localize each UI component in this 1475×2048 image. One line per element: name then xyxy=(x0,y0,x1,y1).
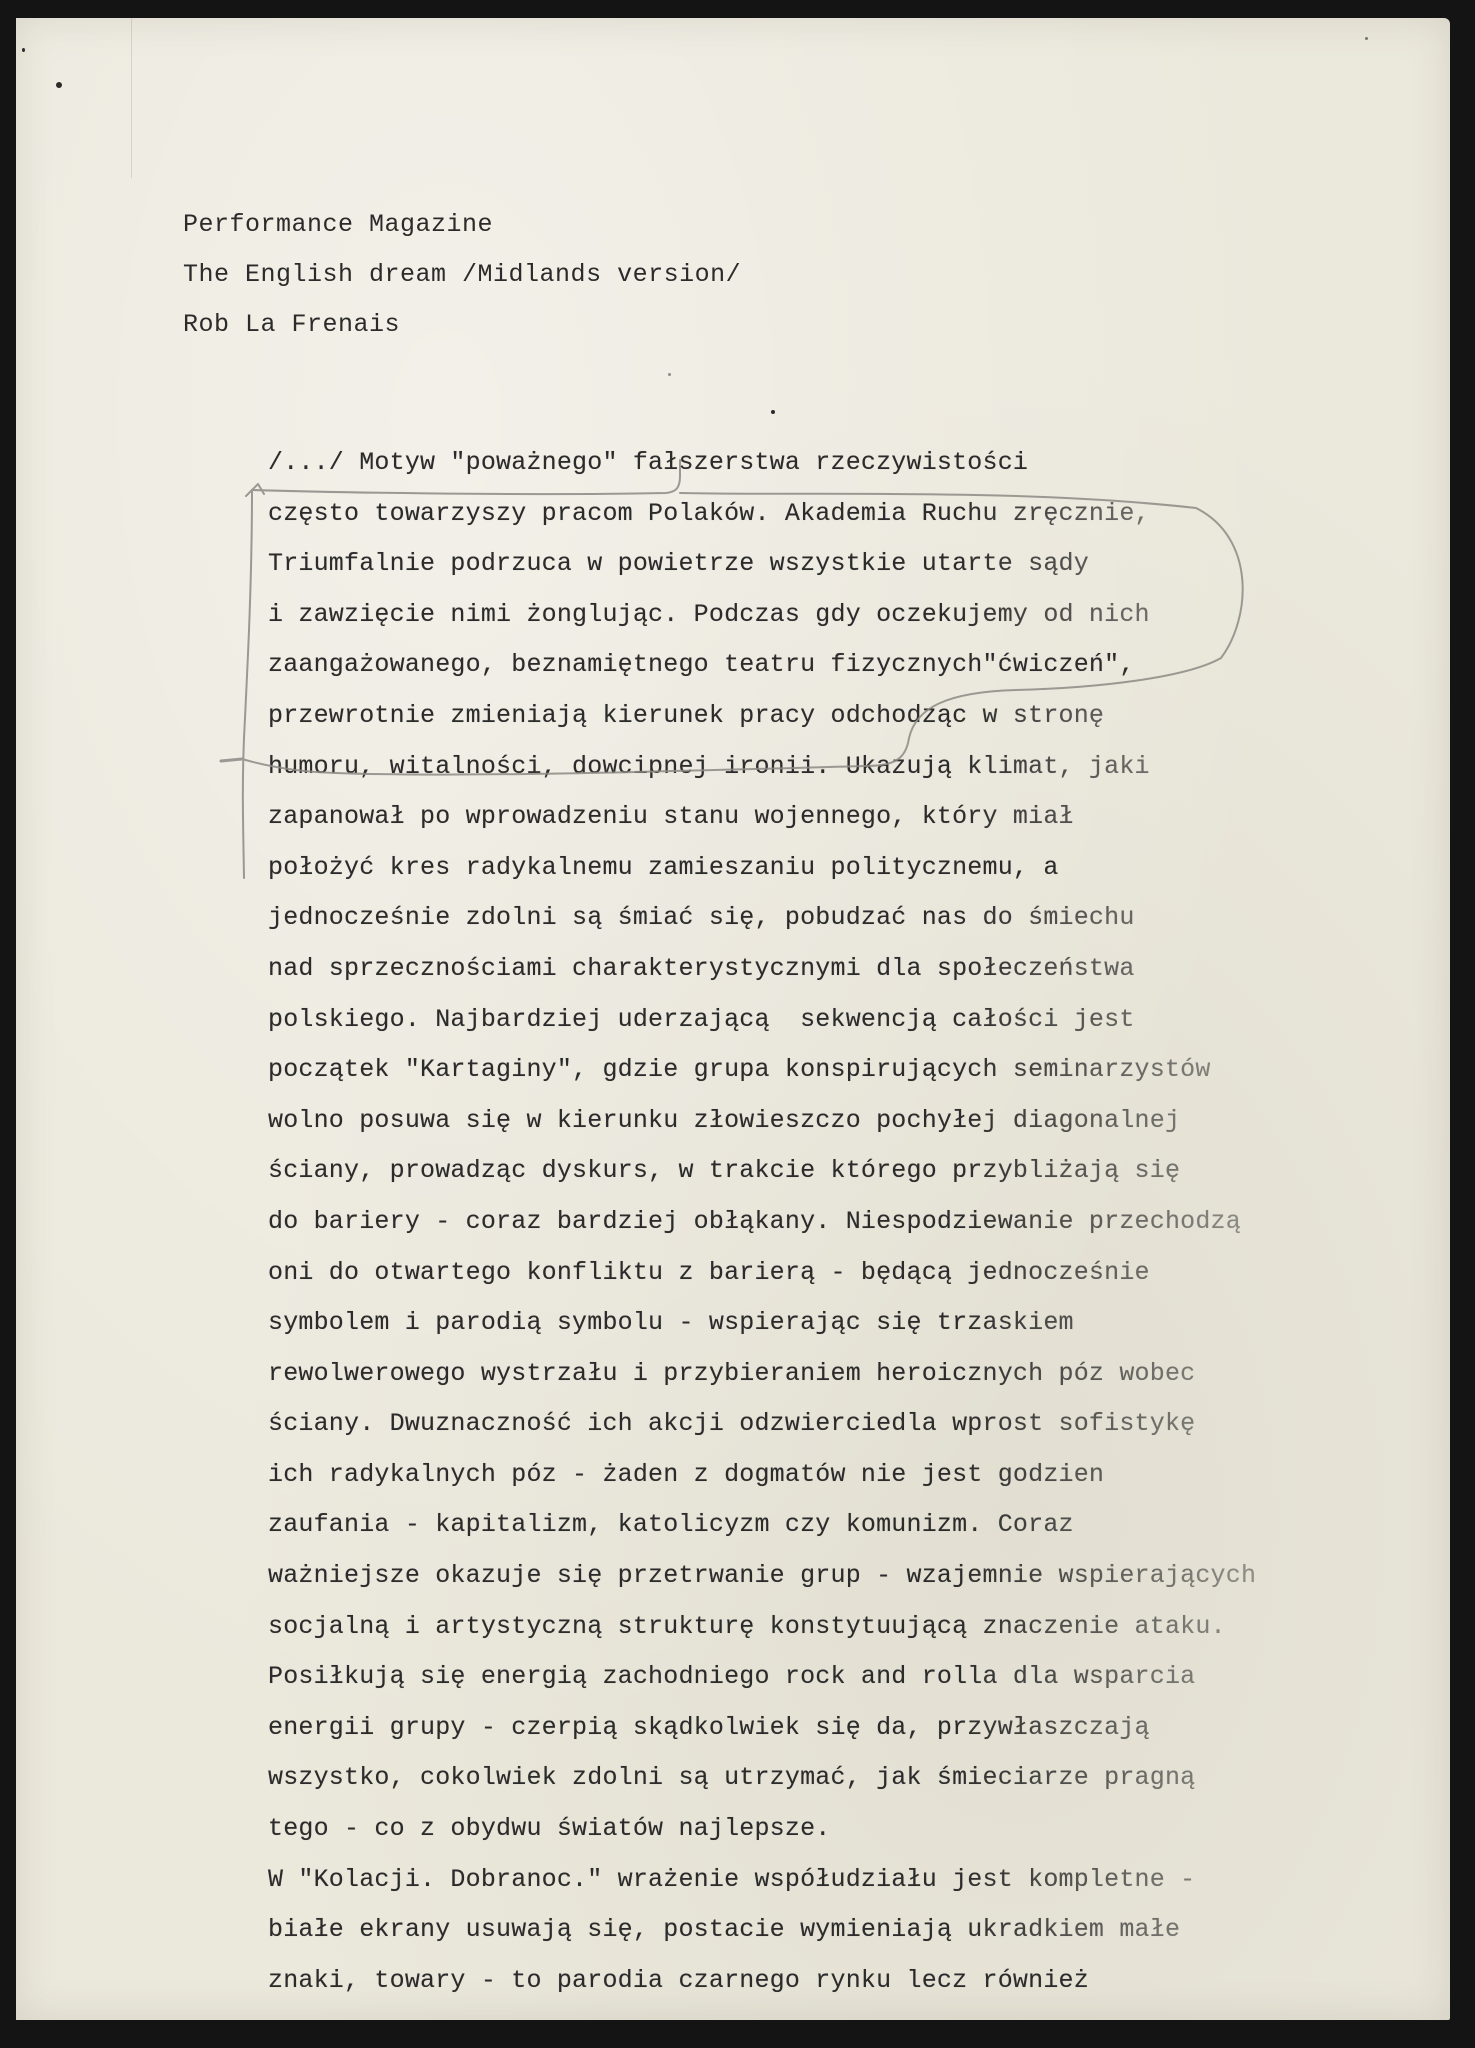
typewritten-page: Performance Magazine The English dream /… xyxy=(16,18,1450,2020)
body-line: wszystko, cokolwiek zdolni są utrzymać, … xyxy=(268,1753,1256,1804)
body-line: przewrotnie zmieniają kierunek pracy odc… xyxy=(268,691,1256,742)
paper-crease xyxy=(131,18,132,178)
body-line: /.../ Motyw "poważnego" fałszerstwa rzec… xyxy=(268,438,1256,489)
body-line: zaangażowanego, beznamiętnego teatru fiz… xyxy=(268,640,1256,691)
body-line: oni do otwartego konfliktu z barierą - b… xyxy=(268,1248,1256,1299)
body-line: nad sprzecznościami charakterystycznymi … xyxy=(268,944,1256,995)
body-line: ściany, prowadząc dyskurs, w trakcie któ… xyxy=(268,1146,1256,1197)
body-line: rewolwerowego wystrzału i przybieraniem … xyxy=(268,1349,1256,1400)
body-line: białe ekrany usuwają się, postacie wymie… xyxy=(268,1905,1256,1956)
ink-speck xyxy=(56,82,62,88)
body-line: zapanował po wprowadzeniu stanu wojenneg… xyxy=(268,792,1256,843)
body-line: socjalną i artystyczną strukturę konstyt… xyxy=(268,1602,1256,1653)
body-line: Posiłkują się energią zachodniego rock a… xyxy=(268,1652,1256,1703)
ink-speck xyxy=(1365,37,1368,40)
article-title: The English dream /Midlands version/ xyxy=(183,260,741,289)
body-line: do bariery - coraz bardziej obłąkany. Ni… xyxy=(268,1197,1256,1248)
body-line: i zawzięcie nimi żonglując. Podczas gdy … xyxy=(268,590,1256,641)
body-line: humoru, witalności, dowcipnej ironii. Uk… xyxy=(268,742,1256,793)
margin-bracket-top-tick xyxy=(246,484,264,496)
body-line: polskiego. Najbardziej uderzającą sekwen… xyxy=(268,995,1256,1046)
body-line: znaki, towary - to parodia czarnego rynk… xyxy=(268,1956,1256,2007)
article-body: /.../ Motyw "poważnego" fałszerstwa rzec… xyxy=(268,438,1256,2006)
body-line: położyć kres radykalnemu zamieszaniu pol… xyxy=(268,843,1256,894)
ink-speck xyxy=(22,48,25,52)
body-line: ich radykalnych póz - żaden z dogmatów n… xyxy=(268,1450,1256,1501)
ink-speck xyxy=(668,373,671,376)
author-name: Rob La Frenais xyxy=(183,310,400,339)
body-line: wolno posuwa się w kierunku złowieszczo … xyxy=(268,1096,1256,1147)
body-line: jednocześnie zdolni są śmiać się, pobudz… xyxy=(268,893,1256,944)
ink-speck xyxy=(771,410,775,414)
body-line: zaufania - kapitalizm, katolicyzm czy ko… xyxy=(268,1500,1256,1551)
margin-bracket-arrow xyxy=(221,759,242,761)
publication-title: Performance Magazine xyxy=(183,210,493,239)
margin-bracket-line xyxy=(243,490,252,878)
body-line: często towarzyszy pracom Polaków. Akadem… xyxy=(268,489,1256,540)
body-line: Triumfalnie podrzuca w powietrze wszystk… xyxy=(268,539,1256,590)
body-line: ważniejsze okazuje się przetrwanie grup … xyxy=(268,1551,1256,1602)
body-line: W "Kolacji. Dobranoc." wrażenie współudz… xyxy=(268,1855,1256,1906)
body-line: początek "Kartaginy", gdzie grupa konspi… xyxy=(268,1045,1256,1096)
body-line: energii grupy - czerpią skądkolwiek się … xyxy=(268,1703,1256,1754)
body-line: symbolem i parodią symbolu - wspierając … xyxy=(268,1298,1256,1349)
body-line: ściany. Dwuznaczność ich akcji odzwierci… xyxy=(268,1399,1256,1450)
body-line: tego - co z obydwu światów najlepsze. xyxy=(268,1804,1256,1855)
